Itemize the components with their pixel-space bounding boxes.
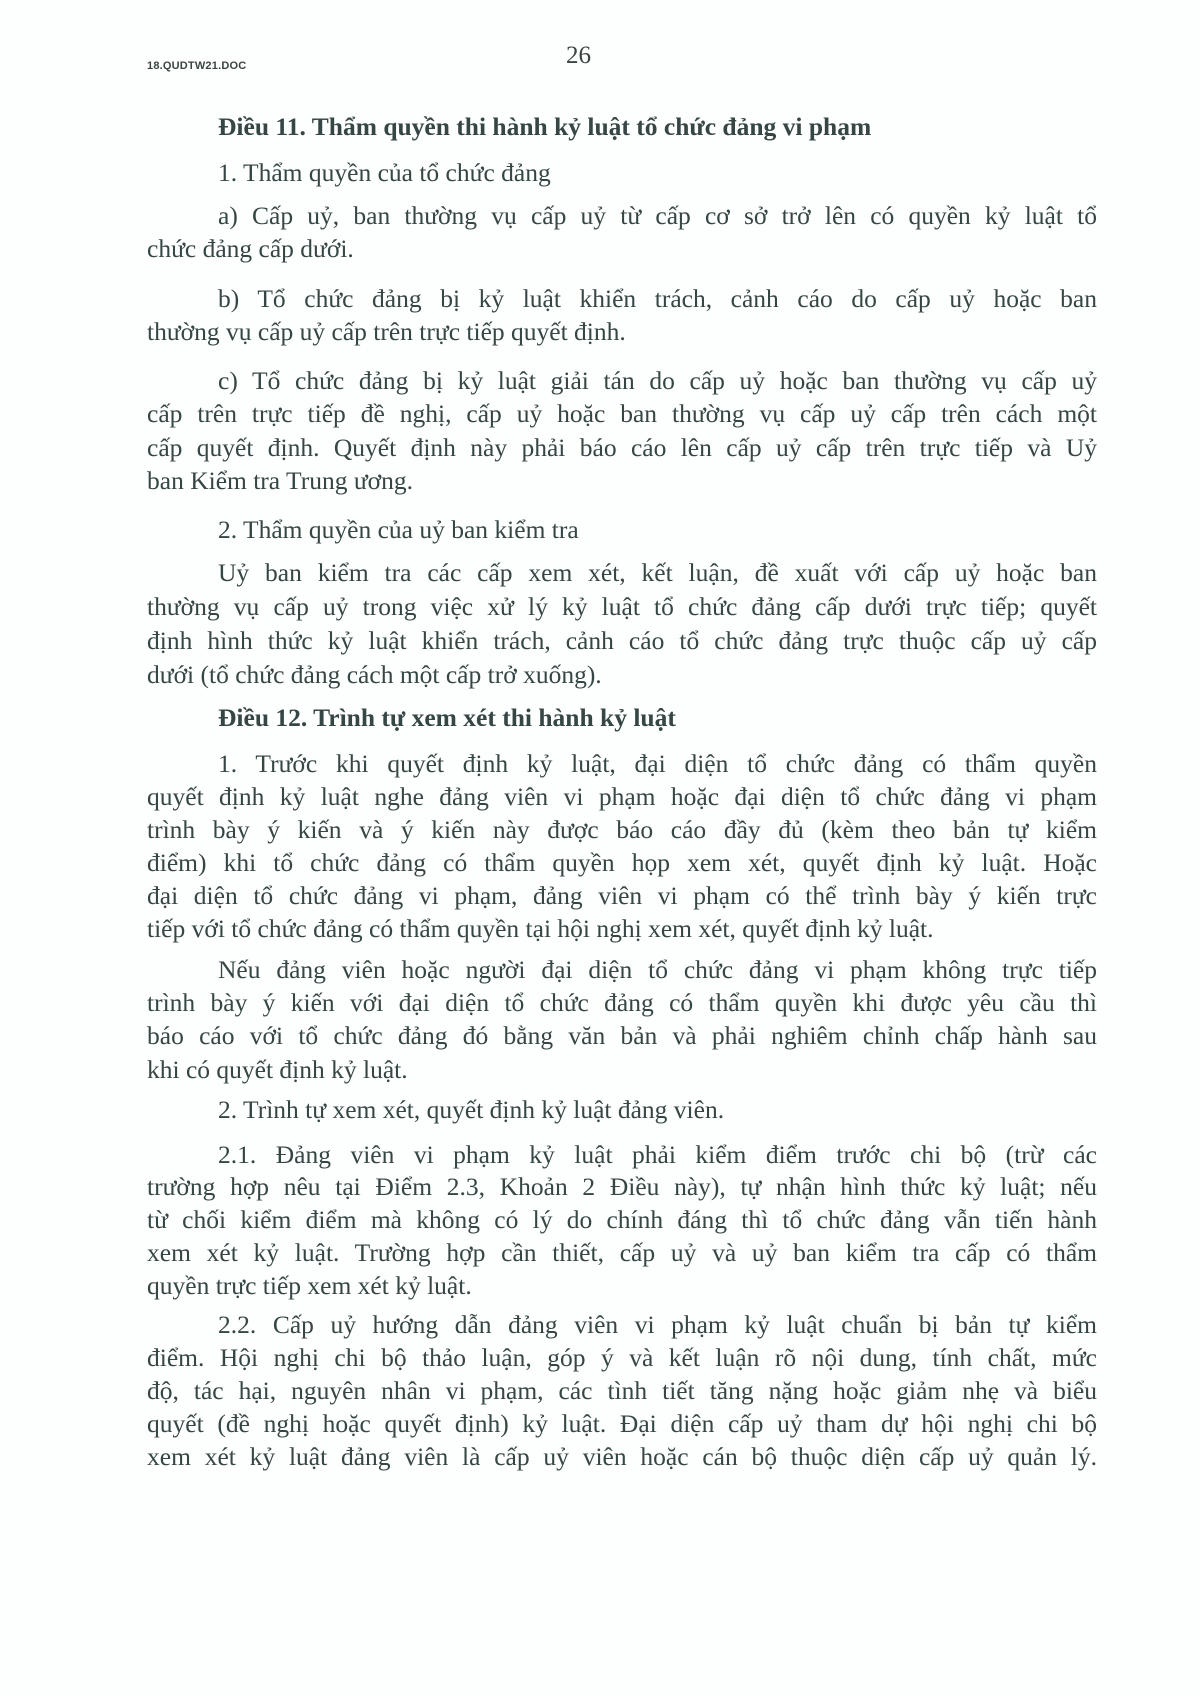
article-12-section-1-line: đại diện tổ chức đảng vi phạm, đảng viên…	[147, 879, 1097, 912]
article-12-item-2-1-line: từ chối kiểm điểm mà không có lý do chín…	[147, 1203, 1097, 1236]
article-11-item-c-line: cấp trên trực tiếp đề nghị, cấp uỷ hoặc …	[147, 397, 1097, 430]
article-11-item-b-line: b) Tổ chức đảng bị kỷ luật khiển trách, …	[218, 282, 1097, 315]
article-12-item-2-1-line: trường hợp nêu tại Điểm 2.3, Khoản 2 Điề…	[147, 1170, 1097, 1203]
article-12-section-2-heading: 2. Trình tự xem xét, quyết định kỷ luật …	[218, 1093, 1097, 1126]
article-11-section-2-heading: 2. Thẩm quyền của uỷ ban kiểm tra	[218, 513, 1097, 546]
article-12-title: Điều 12. Trình tự xem xét thi hành kỷ lu…	[218, 701, 1097, 734]
article-12-note-line: khi có quyết định kỷ luật.	[147, 1053, 1097, 1086]
page-number: 26	[566, 42, 591, 70]
article-12-section-1-line: quyết định kỷ luật nghe đảng viên vi phạ…	[147, 780, 1097, 813]
article-11-section-1-heading: 1. Thẩm quyền của tổ chức đảng	[218, 156, 1097, 189]
article-12-note-line: báo cáo với tổ chức đảng đó bằng văn bản…	[147, 1019, 1097, 1052]
article-12-section-1-line: trình bày ý kiến và ý kiến này được báo …	[147, 813, 1097, 846]
article-11-title: Điều 11. Thẩm quyền thi hành kỷ luật tổ …	[218, 110, 1097, 143]
article-11-section-2-line: định hình thức kỷ luật khiển trách, cảnh…	[147, 624, 1097, 657]
article-11-section-2-line: thường vụ cấp uỷ trong việc xử lý kỷ luậ…	[147, 590, 1097, 623]
article-12-item-2-1-line: 2.1. Đảng viên vi phạm kỷ luật phải kiểm…	[218, 1138, 1097, 1171]
document-page: 18.QUDTW21.DOC 26 Điều 11. Thẩm quyền th…	[0, 0, 1200, 1696]
article-11-item-c-line: c) Tổ chức đảng bị kỷ luật giải tán do c…	[218, 364, 1097, 397]
article-12-note-line: trình bày ý kiến với đại diện tổ chức đả…	[147, 986, 1097, 1019]
article-12-item-2-2-line: 2.2. Cấp uỷ hướng dẫn đảng viên vi phạm …	[218, 1308, 1097, 1341]
article-12-item-2-2-line: điểm. Hội nghị chi bộ thảo luận, góp ý v…	[147, 1341, 1097, 1374]
article-12-section-1-line: tiếp với tổ chức đảng có thẩm quyền tại …	[147, 912, 1097, 945]
article-11-item-c-line: cấp quyết định. Quyết định này phải báo …	[147, 431, 1097, 464]
article-11-section-2-line: Uỷ ban kiểm tra các cấp xem xét, kết luậ…	[218, 556, 1097, 589]
article-11-item-c-line: ban Kiểm tra Trung ương.	[147, 464, 1097, 497]
article-11-item-b-line: thường vụ cấp uỷ cấp trên trực tiếp quyế…	[147, 315, 1097, 348]
article-11-section-2-line: dưới (tổ chức đảng cách một cấp trở xuốn…	[147, 658, 1097, 691]
article-12-item-2-2-line: xem xét kỷ luật đảng viên là cấp uỷ viên…	[147, 1440, 1097, 1473]
article-11-item-a-line: a) Cấp uỷ, ban thường vụ cấp uỷ từ cấp c…	[218, 199, 1097, 232]
article-12-section-1-line: điểm) khi tổ chức đảng có thẩm quyền họp…	[147, 846, 1097, 879]
article-12-note-line: Nếu đảng viên hoặc người đại diện tổ chứ…	[218, 953, 1097, 986]
article-12-item-2-1-line: quyền trực tiếp xem xét kỷ luật.	[147, 1269, 1097, 1302]
article-12-section-1-line: 1. Trước khi quyết định kỷ luật, đại diệ…	[218, 747, 1097, 780]
article-11-item-a-line: chức đảng cấp dưới.	[147, 232, 1097, 265]
article-12-item-2-1-line: xem xét kỷ luật. Trường hợp cần thiết, c…	[147, 1236, 1097, 1269]
article-12-item-2-2-line: độ, tác hại, nguyên nhân vi phạm, các tì…	[147, 1374, 1097, 1407]
article-12-item-2-2-line: quyết (đề nghị hoặc quyết định) kỷ luật.…	[147, 1407, 1097, 1440]
document-filename: 18.QUDTW21.DOC	[147, 60, 246, 72]
